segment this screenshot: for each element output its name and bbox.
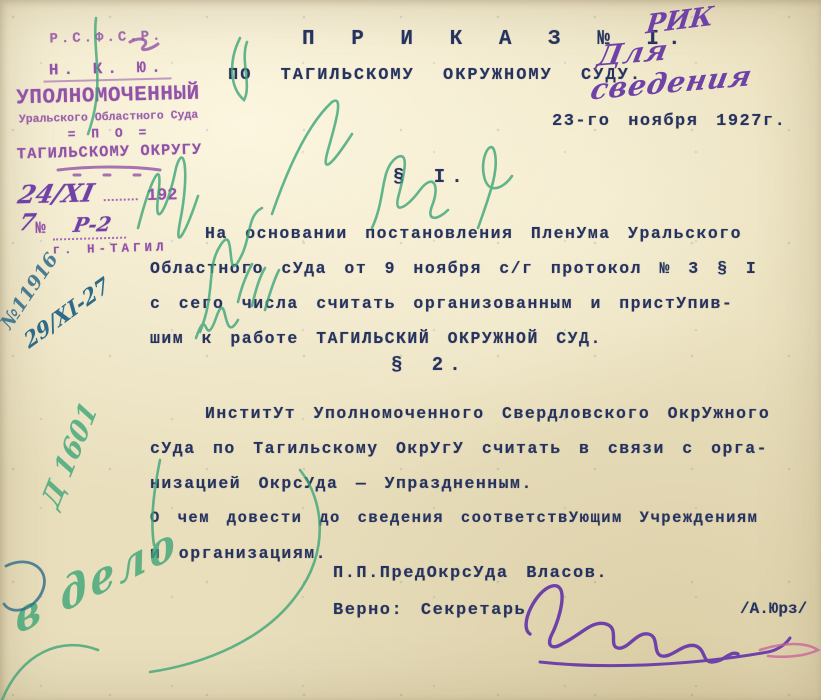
annotation-file-number: Д 1601 [37, 397, 104, 514]
handwritten-number: Р-2 [53, 211, 131, 240]
order-date: 23-го ноября 1927г. [552, 112, 786, 131]
body-line: сУда по Тагильскому ОкрУгУ считать в свя… [150, 431, 790, 466]
stamp-number-label: № [35, 220, 46, 239]
secretary-signature [526, 586, 738, 662]
body-line: шим к работе ТАГИЛЬСКИЙ ОКРУЖНОЙ СУД. [150, 321, 750, 356]
body-line: низацией ОкрсУда — Упраздненным. [150, 466, 790, 501]
order-subtitle: ПО ТАГИЛЬСКОМУ ОКРУЖНОМУ СУДУ. [228, 66, 642, 85]
body-line: Областного сУда от 9 ноября с/г протокол… [150, 251, 750, 286]
stamp-upolnomochenny: УПОЛНОМОЧЕННЫЙ [6, 82, 211, 110]
section-2-text: ИнститУт Уполномоченного Свердловского О… [150, 396, 790, 571]
body-line: О чем довести до сведения соответствУющи… [150, 501, 790, 536]
section-1-heading: § I. [393, 166, 469, 188]
body-line: ИнститУт Уполномоченного Свердловского О… [150, 396, 790, 431]
handwritten-day-month: 24/XI [15, 178, 96, 209]
stamp-year-printed: 192 [147, 186, 178, 206]
signature-line-1: П.П.ПредОкрсУда Власов. [333, 564, 608, 583]
annotation-v-delo: в дело [12, 514, 182, 644]
letterhead-stamp: Р.С.Ф.С.Р. Н. К. Ю. УПОЛНОМОЧЕННЫЙ Ураль… [4, 27, 211, 163]
body-line: с сего числа считать организованным и пр… [150, 286, 750, 321]
signature-certifier-initials: /А.Юрз/ [740, 600, 807, 618]
stamp-rsfsr: Р.С.Ф.С.Р. [4, 27, 208, 48]
pink-flourish [760, 644, 818, 657]
green-scribble [272, 101, 352, 214]
signature-line-2: Верно: Секретарь [333, 601, 526, 620]
body-line: На основании постановления ПленУма Ураль… [150, 216, 750, 251]
stamp-underline-ornament [58, 167, 160, 175]
scanned-document: Р.С.Ф.С.Р. Н. К. Ю. УПОЛНОМОЧЕННЫЙ Ураль… [0, 0, 821, 700]
v-delo-flourish [2, 645, 98, 700]
stamp-nkyu: Н. К. Ю. [43, 58, 172, 82]
section-2-heading: § 2. [391, 354, 467, 376]
section-1-text: На основании постановления ПленУма Ураль… [150, 216, 750, 356]
secretary-signature-underline [540, 638, 790, 666]
stamp-okrug: ТАГИЛЬСКОМУ ОКРУГУ [7, 140, 211, 163]
